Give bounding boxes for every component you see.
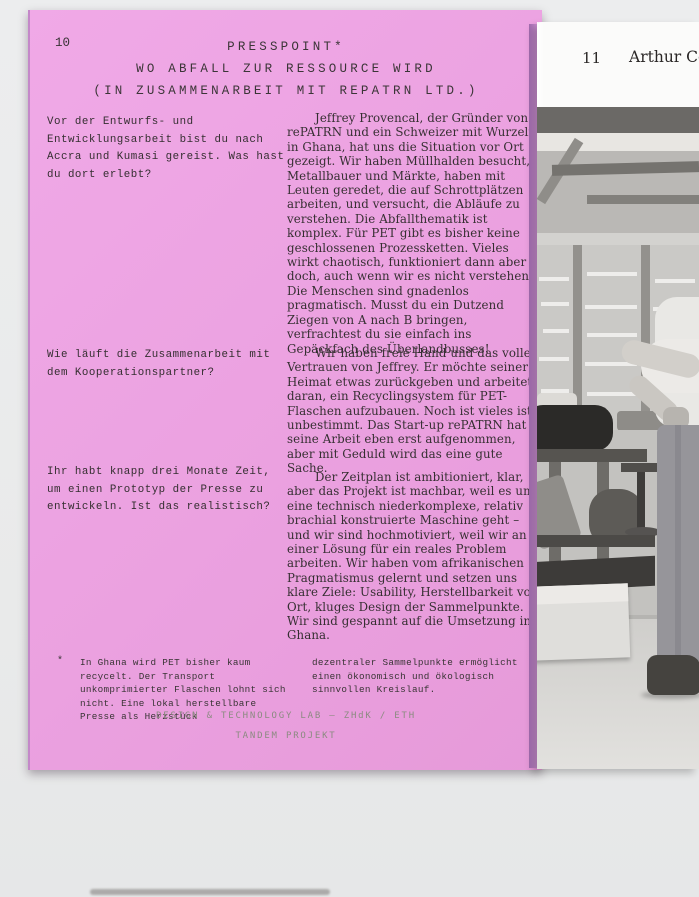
photo-light-streak — [587, 392, 637, 396]
article-header: PRESSPOINT* WO ABFALL ZUR RESSOURCE WIRD… — [30, 36, 542, 102]
photo-light-streak — [541, 302, 569, 306]
photo-person-shoe — [647, 655, 699, 695]
workshop-photo — [537, 107, 699, 769]
magazine-page-right: 11 Arthur Co — [537, 22, 699, 769]
page-number-right: 11 — [582, 49, 601, 67]
photo-window-frame — [537, 233, 699, 245]
photo-beam — [587, 195, 699, 204]
photo-ceiling-light-strip — [537, 133, 699, 151]
book-edge-shadow — [90, 889, 330, 895]
photo-light-streak — [655, 279, 695, 283]
magazine-page-left: 10 PRESSPOINT* WO ABFALL ZUR RESSOURCE W… — [28, 10, 542, 770]
photo-light-streak — [539, 357, 569, 361]
footer-lab-credit: DESIGN & TECHNOLOGY LAB — ZHdK / ETH — [30, 711, 542, 721]
interview-question-1: Vor der Entwurfs- und Entwicklungsarbeit… — [47, 114, 289, 184]
right-page-title: Arthur Co — [629, 48, 699, 66]
photo-light-streak — [587, 333, 637, 337]
photo-light-streak — [539, 277, 569, 281]
page-edge — [529, 24, 537, 768]
photo-stool-column — [637, 472, 645, 532]
photo-light-streak — [543, 329, 569, 333]
interview-question-2: Wie läuft die Zusammenarbeit mit dem Koo… — [47, 347, 289, 382]
interview-answer-1: Jeffrey Provencal, der Gründer von rePAT… — [287, 111, 539, 356]
photo-workbench-top — [537, 449, 647, 462]
photo-tire — [537, 405, 613, 451]
article-subtitle-line1: WO ABFALL ZUR RESSOURCE WIRD — [30, 58, 542, 80]
photo-workbench-crossbar — [537, 535, 655, 547]
footnote-column-right: dezentraler Sammelpunkte ermöglicht eine… — [312, 656, 528, 697]
footer-project-credit: TANDEM PROJEKT — [30, 731, 542, 741]
article-title: PRESSPOINT* — [30, 36, 542, 58]
photo-light-streak — [587, 272, 637, 276]
photo-light-streak — [585, 305, 637, 309]
interview-answer-3: Der Zeitplan ist ambitioniert, klar, abe… — [287, 470, 539, 643]
photo-ceiling-dark-band — [537, 107, 699, 133]
interview-question-3: Ihr habt knapp drei Monate Zeit, um eine… — [47, 464, 289, 517]
photo-white-box-top — [537, 583, 628, 604]
footnote-marker: * — [57, 656, 63, 667]
photo-jeans-crease — [675, 425, 681, 661]
interview-answer-2: Wir haben freie Hand und das volle Vertr… — [287, 346, 539, 476]
photo-white-box — [537, 583, 630, 660]
article-subtitle-line2: (IN ZUSAMMENARBEIT MIT REPATRN LTD.) — [30, 80, 542, 102]
